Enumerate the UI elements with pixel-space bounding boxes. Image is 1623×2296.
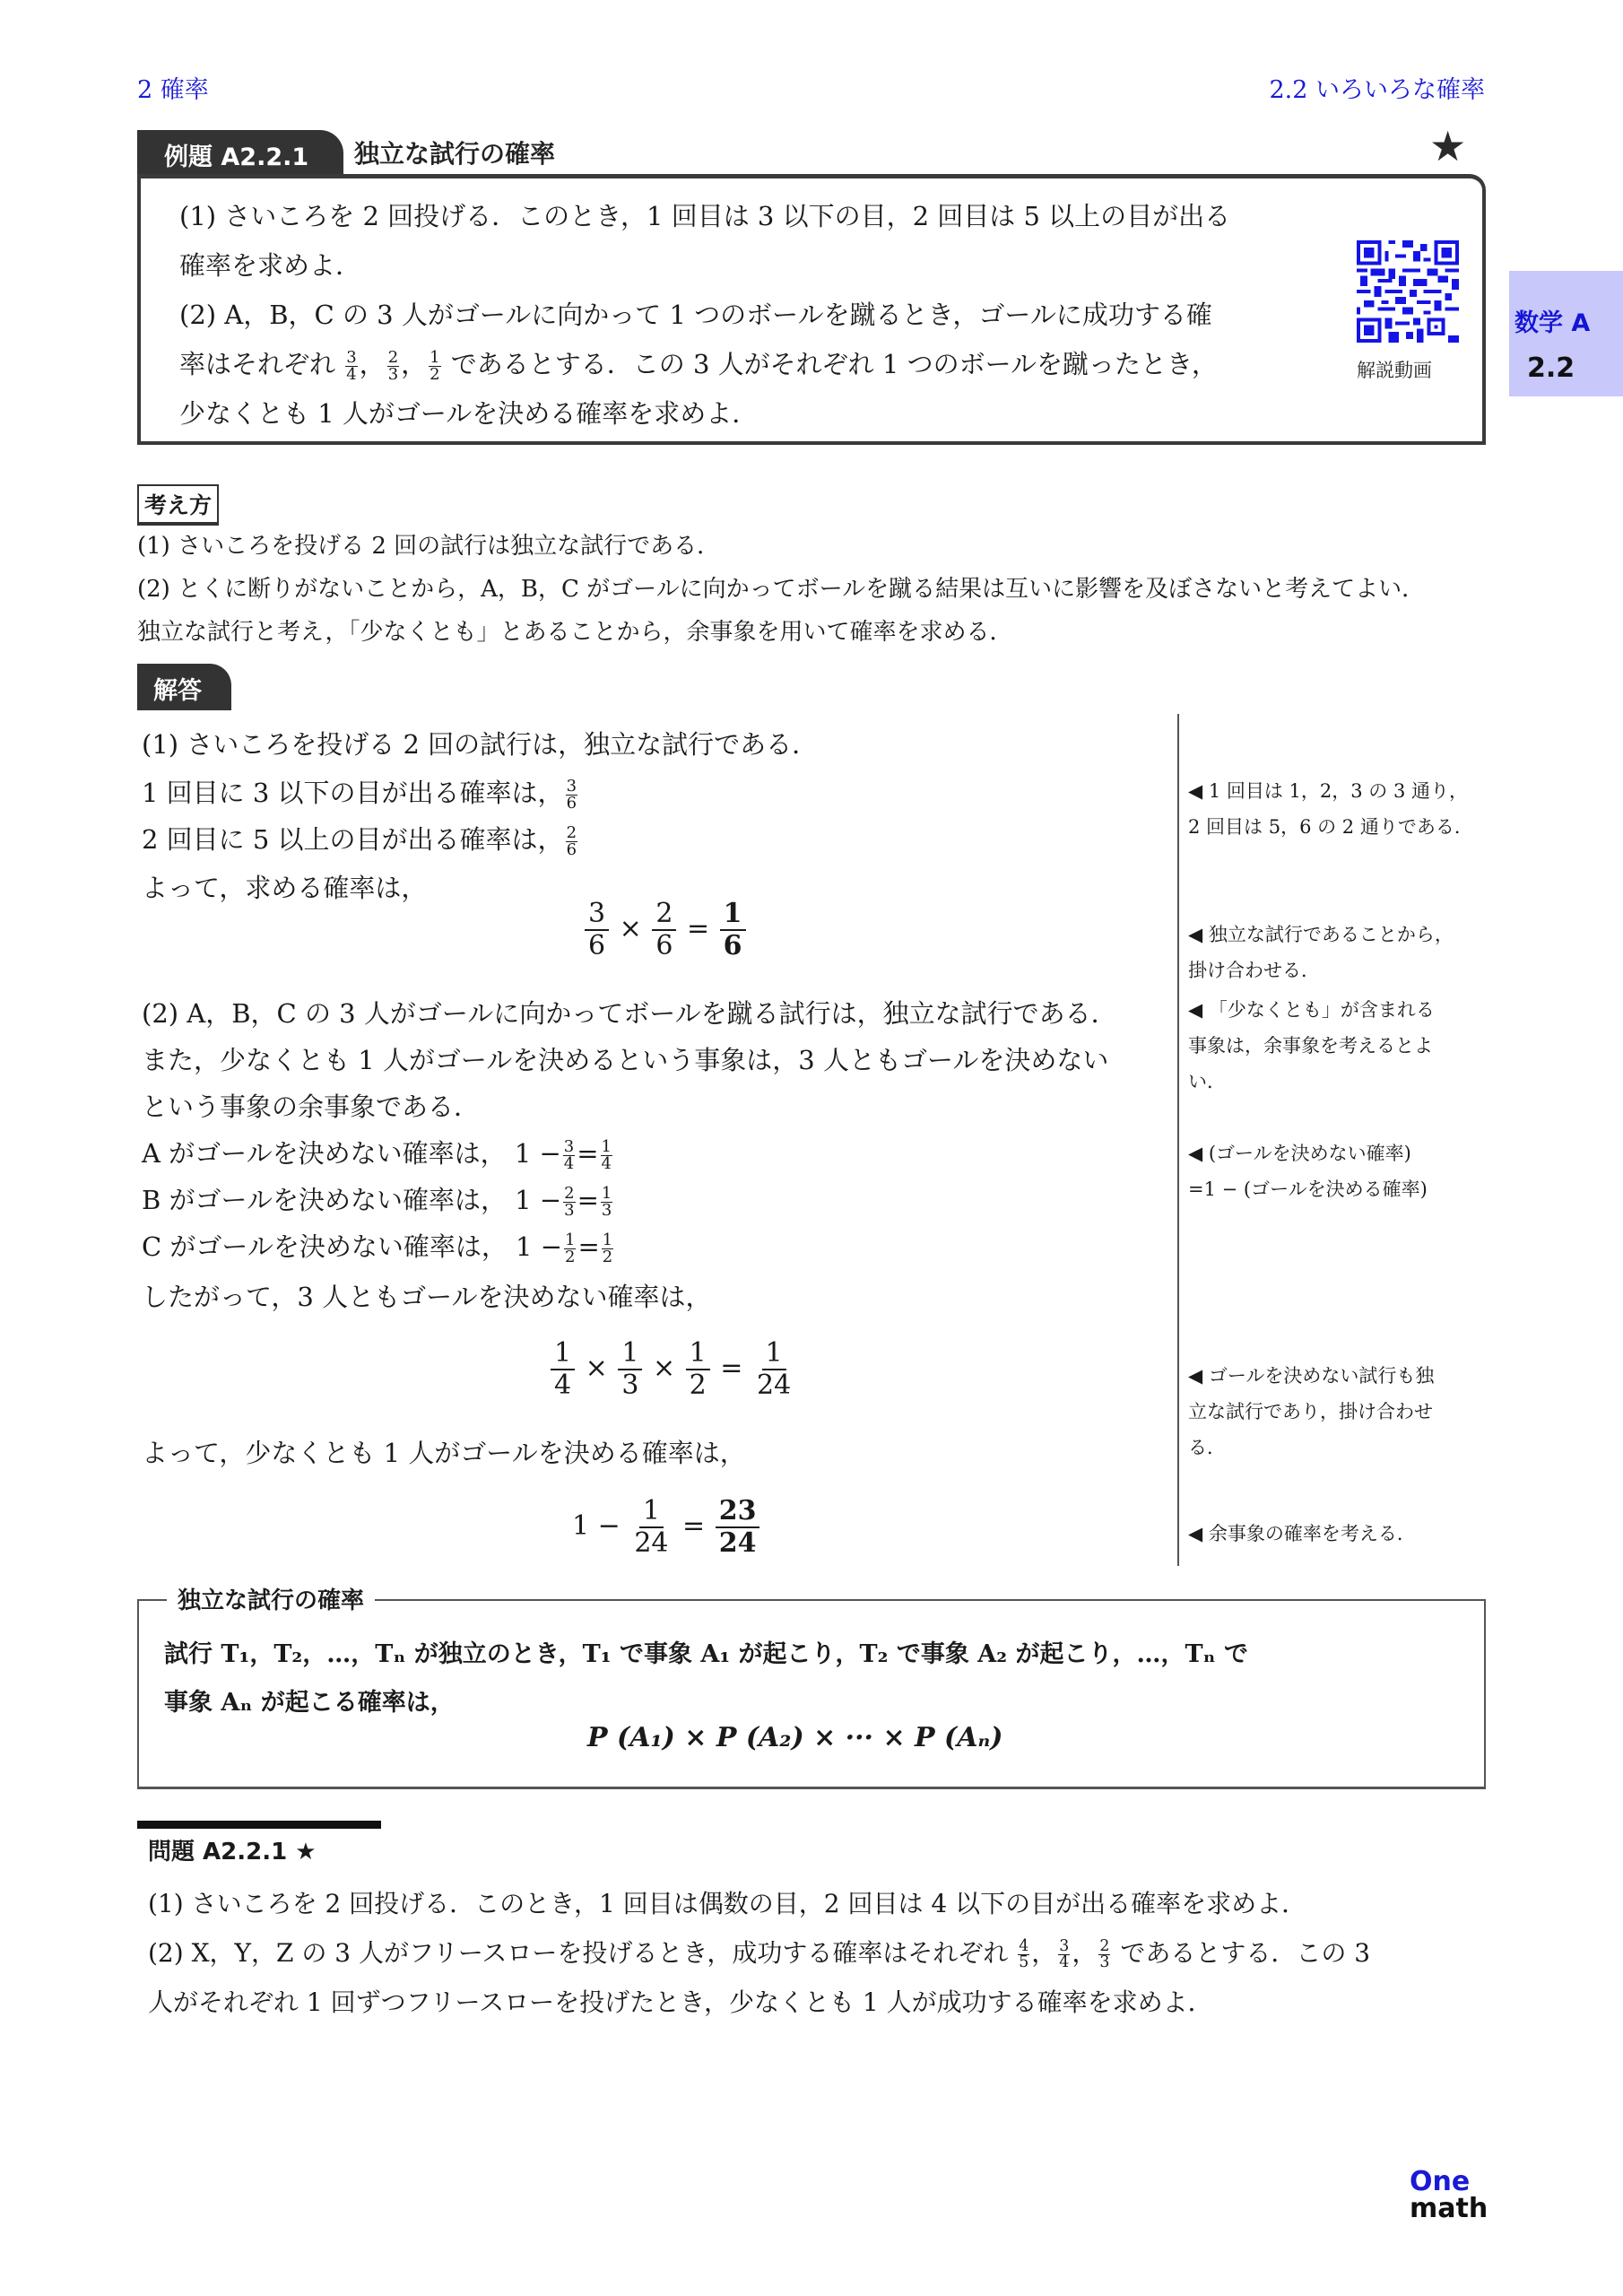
equation-2: 14 × 13 × 12 = 124 bbox=[549, 1338, 796, 1401]
onemath-logo: One math bbox=[1410, 2169, 1488, 2222]
problem-bar bbox=[137, 1821, 381, 1829]
fraction: 26 bbox=[566, 825, 577, 858]
margin-note: ◀ (ゴールを決めない確率) =1 − (ゴールを決める確率) bbox=[1188, 1135, 1428, 1207]
theorem-text: 試行 T₁，T₂，…，Tₙ が独立のとき，T₁ で事象 A₁ が起こり，T₂ で… bbox=[164, 1631, 1248, 1727]
margin-note: ◀ 「少なくとも」が含まれる事象は，余事象を考えるとよい． bbox=[1188, 992, 1435, 1100]
theorem-formula: P (A₁) × P (A₂) × ··· × P (Aₙ) bbox=[587, 1722, 1002, 1753]
answer-line: よって，少なくとも 1 人がゴールを決める確率は， bbox=[142, 1433, 746, 1470]
answer-line: という事象の余事象である． bbox=[142, 1087, 480, 1124]
example-q1-line1: (1) さいころを 2 回投げる．このとき，1 回目は 3 以下の目，2 回目は… bbox=[179, 192, 1291, 241]
fraction: 12 bbox=[429, 350, 440, 383]
example-q2-line1: (2) A，B，C の 3 人がゴールに向かって 1 つのボールを蹴るとき，ゴー… bbox=[179, 291, 1291, 340]
margin-note: ◀ 独立な試行であることから，掛け合わせる． bbox=[1188, 917, 1454, 988]
logo-bottom: math bbox=[1410, 2196, 1488, 2222]
answer-line: 2 回目に 5 以上の目が出る確率は，26 bbox=[142, 820, 579, 857]
answer-line: また，少なくとも 1 人がゴールを決めるという事象は，3 人ともゴールを決めない bbox=[142, 1040, 1108, 1077]
approach-label: 考え方 bbox=[137, 484, 219, 526]
example-q1-line2: 確率を求めよ． bbox=[179, 241, 1291, 291]
margin-divider bbox=[1177, 714, 1179, 1566]
fraction: 34 bbox=[345, 350, 357, 383]
answer-row-b: B がゴールを決めない確率は， 1 −23=13 bbox=[142, 1180, 614, 1218]
difficulty-star-icon: ★ bbox=[1429, 122, 1466, 170]
approach-line: 独立な試行と考え，「少なくとも」とあることから，余事象を用いて確率を求める． bbox=[137, 611, 1425, 654]
answer-line: (2) A，B，C の 3 人がゴールに向かってボールを蹴る試行は，独立な試行で… bbox=[142, 994, 1117, 1031]
fraction: 36 bbox=[566, 778, 577, 812]
problem-text: (1) さいころを 2 回投げる．このとき，1 回目は偶数の目，2 回目は 4 … bbox=[148, 1879, 1370, 2027]
running-header-chapter: 2 確率 bbox=[137, 70, 209, 105]
approach-line: (2) とくに断りがないことから，A，B，C がゴールに向かってボールを蹴る結果… bbox=[137, 568, 1425, 611]
answer-line: (1) さいころを投げる 2 回の試行は，独立な試行である． bbox=[142, 725, 818, 761]
answer-row-a: A がゴールを決めない確率は， 1 −34=14 bbox=[142, 1134, 614, 1171]
side-tab-subject: 数学 A bbox=[1515, 303, 1623, 338]
answer-row-c: C がゴールを決めない確率は， 1 −12=12 bbox=[142, 1227, 615, 1265]
side-tab-section: 2.2 bbox=[1515, 352, 1623, 384]
qr-caption: 解説動画 bbox=[1357, 356, 1432, 383]
margin-note: ◀ ゴールを決めない試行も独立な試行であり，掛け合わせる． bbox=[1188, 1358, 1434, 1465]
running-header-section: 2.2 いろいろな確率 bbox=[1269, 70, 1485, 105]
answer-line: 1 回目に 3 以下の目が出る確率は，36 bbox=[142, 773, 579, 811]
margin-note: ◀ 1 回目は 1，2，3 の 3 通り，2 回目は 5，6 の 2 通りである… bbox=[1188, 773, 1473, 845]
example-q2-line3: 少なくとも 1 人がゴールを決める確率を求めよ． bbox=[179, 389, 1291, 439]
qr-code-icon[interactable] bbox=[1357, 240, 1459, 343]
equation-3: 1 − 124 = 2324 bbox=[572, 1496, 761, 1559]
problem-title: 問題 A2.2.1 ★ bbox=[148, 1833, 317, 1866]
approach-line: (1) さいころを投げる 2 回の試行は独立な試行である． bbox=[137, 525, 1425, 568]
theorem-title: 独立な試行の確率 bbox=[167, 1582, 375, 1615]
example-q2-line2: 率はそれぞれ 34，23，12 であるとする．この 3 人がそれぞれ 1 つのボ… bbox=[179, 340, 1291, 389]
approach-text: (1) さいころを投げる 2 回の試行は独立な試行である． (2) とくに断りが… bbox=[137, 525, 1425, 654]
fraction: 23 bbox=[387, 350, 399, 383]
margin-note: ◀ 余事象の確率を考える． bbox=[1188, 1516, 1416, 1552]
answer-line: したがって，3 人ともゴールを決めない確率は， bbox=[142, 1277, 712, 1314]
example-question: (1) さいころを 2 回投げる．このとき，1 回目は 3 以下の目，2 回目は… bbox=[179, 192, 1291, 439]
logo-top: One bbox=[1410, 2169, 1488, 2196]
answer-label-tab: 解答 bbox=[137, 664, 231, 710]
example-title: 独立な試行の確率 bbox=[354, 135, 555, 170]
answer-line: よって，求める確率は， bbox=[142, 868, 427, 905]
example-label-tab: 例題 A2.2.1 bbox=[137, 130, 343, 175]
side-section-tab: 数学 A 2.2 bbox=[1509, 271, 1623, 396]
equation-1: 36 × 26 = 16 bbox=[583, 899, 748, 961]
